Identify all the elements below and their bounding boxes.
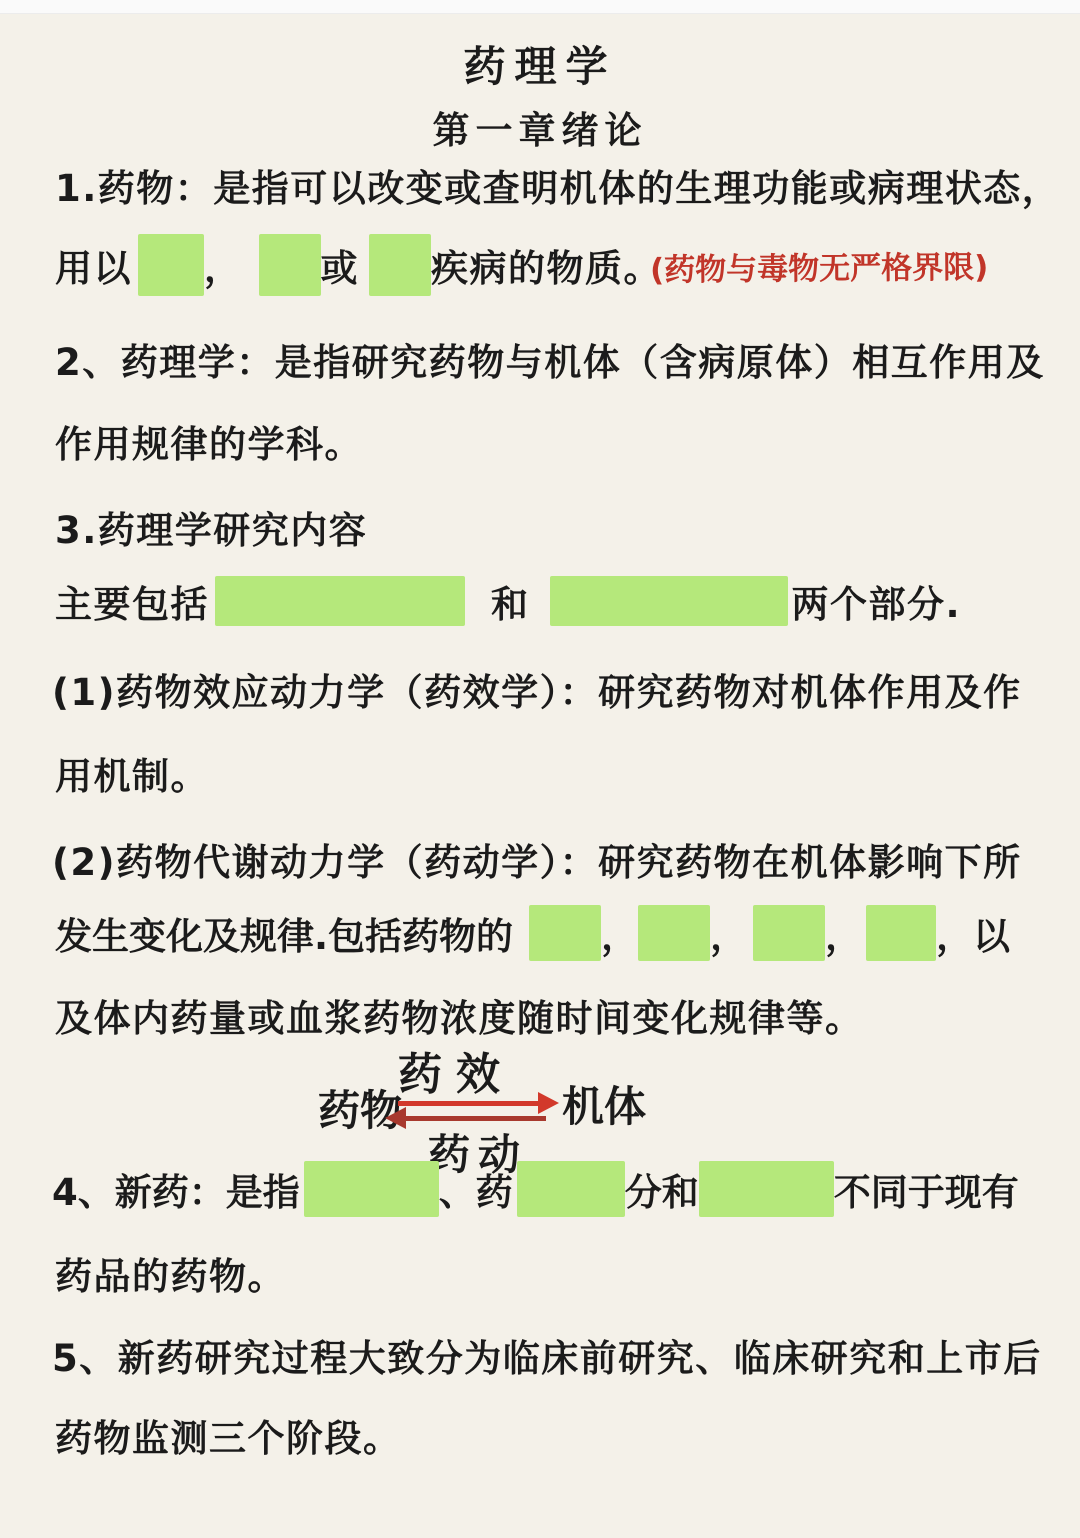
answer-highlight	[215, 576, 465, 626]
line-text: 用以	[55, 238, 132, 292]
answer-highlight	[550, 576, 788, 626]
note-line-7: (1)药物效应动力学（药效学）：研究药物对机体作用及作	[52, 656, 1022, 722]
line-text: 和	[491, 574, 530, 628]
line-text: 主要包括	[55, 574, 209, 628]
diagram-pharmacodynamics-label: 药效	[398, 1038, 514, 1102]
note-line-6: 主要包括 和 两个部分.	[55, 568, 961, 634]
notes-page: 药理学 第一章绪论 1.药物：是指可以改变或查明机体的生理功能或病理状态， 用以…	[0, 0, 1080, 1538]
note-line-13: 药品的药物。	[55, 1240, 286, 1306]
line-text: 两个部分.	[792, 574, 962, 628]
line-text: (1)药物效应动力学（药效学）：研究药物对机体作用及作	[52, 662, 1022, 716]
line-text: 、药	[439, 1162, 513, 1216]
line-text: 2、药理学：是指研究药物与机体（含病原体）相互作用及	[55, 332, 1045, 386]
answer-highlight	[138, 234, 204, 296]
answer-highlight	[638, 905, 710, 961]
line-text: 发生变化及规律.包括药物的	[55, 906, 513, 960]
left-arrow-shaft	[404, 1116, 546, 1121]
answer-highlight	[699, 1161, 834, 1217]
answer-highlight	[753, 905, 825, 961]
line-text: ，	[204, 238, 243, 292]
red-annotation: (药物与毒物无严格界限)	[650, 242, 989, 290]
note-line-9: (2)药物代谢动力学（药动学）：研究药物在机体影响下所	[52, 826, 1022, 892]
note-line-5: 3.药理学研究内容	[55, 494, 367, 560]
diagram-body-label: 机体	[562, 1074, 646, 1134]
note-line-12: 4、新药：是指 、药 分和 不同于现有	[52, 1156, 1019, 1222]
line-text: ，	[710, 906, 747, 960]
line-text: 3.药理学研究内容	[55, 500, 367, 554]
note-line-4: 作用规律的学科。	[55, 408, 363, 474]
line-text: 分和	[625, 1162, 699, 1216]
line-text: ，	[825, 906, 862, 960]
answer-highlight	[866, 905, 936, 961]
note-line-14: 5、新药研究过程大致分为临床前研究、临床研究和上市后	[52, 1322, 1042, 1388]
line-text: 用机制。	[55, 746, 209, 800]
page-top-strip	[0, 0, 1080, 14]
line-text: ，以	[936, 906, 1010, 960]
line-text: 作用规律的学科。	[55, 414, 363, 468]
line-text: 5、新药研究过程大致分为临床前研究、临床研究和上市后	[52, 1328, 1042, 1382]
line-text: ，	[601, 906, 638, 960]
line-text: 不同于现有	[834, 1162, 1019, 1216]
page-title: 药理学	[0, 34, 1080, 94]
line-text: 药物监测三个阶段。	[55, 1408, 402, 1462]
line-text: 1.药物：是指可以改变或查明机体的生理功能或病理状态，	[55, 158, 1060, 212]
note-line-1: 1.药物：是指可以改变或查明机体的生理功能或病理状态，	[55, 152, 1060, 218]
note-line-10: 发生变化及规律.包括药物的 ， ， ， ，以	[55, 900, 1010, 966]
answer-highlight	[369, 234, 431, 296]
note-line-15: 药物监测三个阶段。	[55, 1402, 402, 1468]
chapter-heading: 第一章绪论	[0, 100, 1080, 154]
note-line-8: 用机制。	[55, 740, 209, 806]
note-line-2: 用以 ， 或 疾病的物质。	[55, 232, 662, 298]
right-arrow-icon	[538, 1092, 559, 1114]
left-arrow-icon	[385, 1107, 406, 1129]
line-text: 及体内药量或血浆药物浓度随时间变化规律等。	[55, 988, 864, 1042]
answer-highlight	[259, 234, 321, 296]
line-text: 药品的药物。	[55, 1246, 286, 1300]
right-arrow-shaft	[398, 1101, 540, 1106]
answer-highlight	[517, 1161, 625, 1217]
drug-body-interaction-diagram: 药物 药效 机体 药动	[300, 1040, 680, 1168]
line-text: 或	[321, 238, 360, 292]
line-text: 4、新药：是指	[52, 1162, 300, 1216]
line-text: 疾病的物质。	[431, 238, 662, 292]
answer-highlight	[304, 1161, 439, 1217]
line-text: (2)药物代谢动力学（药动学）：研究药物在机体影响下所	[52, 832, 1022, 886]
note-line-3: 2、药理学：是指研究药物与机体（含病原体）相互作用及	[55, 326, 1045, 392]
answer-highlight	[529, 905, 601, 961]
